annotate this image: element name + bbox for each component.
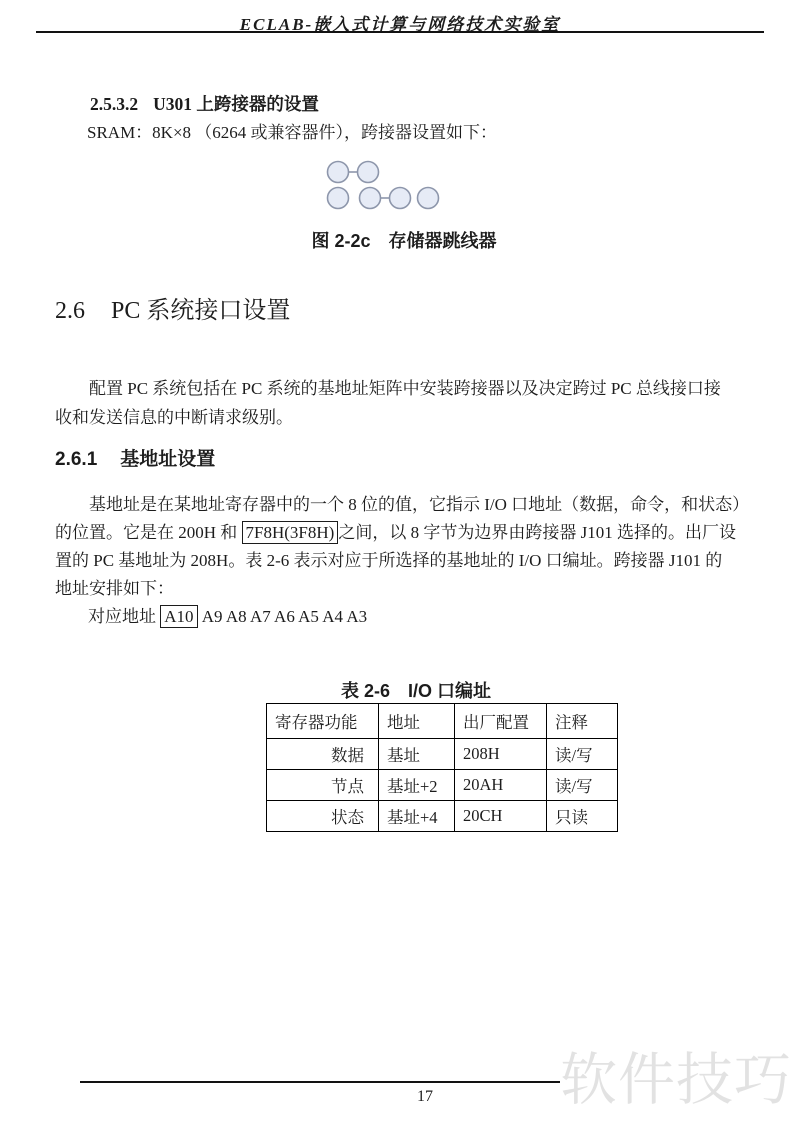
paragraph-line: 置的 PC 基地址为 208H。表 2-6 表示对应于所选择的基地址的 I/O … [55, 547, 761, 575]
paragraph-pc-config: 配置 PC 系统包括在 PC 系统的基地址矩阵中安装跨接器以及决定跨过 PC 总… [55, 374, 759, 432]
table-title: 表 2-6 I/O 口编址 [266, 677, 566, 703]
document-page: ECLAB-嵌入式计算与网络技术实验室 2.5.3.2U301 上跨接器的设置 … [0, 0, 800, 1130]
section-heading-261: 2.6.1基地址设置 [55, 444, 215, 471]
section-title: 基地址设置 [120, 449, 215, 470]
text-run: 对应地址 [88, 607, 160, 626]
table-cell: 读/写 [547, 770, 618, 801]
text-run: A9 A8 A7 A6 A5 A4 A3 [198, 607, 368, 626]
table-header-row: 寄存器功能 地址 出厂配置 注释 [267, 704, 618, 739]
watermark: 软件技巧 [560, 1034, 792, 1116]
footer-rule [80, 1081, 560, 1083]
jumper-pad [328, 162, 349, 183]
table-cell: 数据 [267, 739, 379, 770]
section-heading-26: 2.6PC 系统接口设置 [55, 290, 290, 325]
section-heading-2532: 2.5.3.2U301 上跨接器的设置 [90, 91, 319, 116]
section-number: 2.6 [55, 298, 85, 324]
section-title: U301 上跨接器的设置 [153, 94, 319, 114]
table-cell: 基址 [379, 739, 455, 770]
table-header-cell: 寄存器功能 [267, 704, 379, 739]
section-title: PC 系统接口设置 [111, 298, 290, 324]
jumper-pad [418, 188, 439, 209]
io-address-table: 寄存器功能 地址 出厂配置 注释 数据 基址 208H 读/写 节点 基址+2 … [266, 703, 618, 832]
table-cell: 基址+4 [379, 801, 455, 832]
jumper-pad [358, 162, 379, 183]
section-number: 2.5.3.2 [90, 94, 138, 114]
paragraph-line: 配置 PC 系统包括在 PC 系统的基地址矩阵中安装跨接器以及决定跨过 PC 总… [55, 374, 759, 403]
header-rule [36, 31, 764, 33]
paragraph-line: 收和发送信息的中断请求级别。 [55, 403, 759, 432]
text-run: 的位置。它是在 200H 和 [55, 523, 242, 542]
table-header-cell: 出厂配置 [455, 704, 547, 739]
table-cell: 208H [455, 739, 547, 770]
jumper-diagram [324, 158, 446, 212]
jumper-pad [360, 188, 381, 209]
table-row: 节点 基址+2 20AH 读/写 [267, 770, 618, 801]
table-cell: 基址+2 [379, 770, 455, 801]
boxed-value-a10: A10 [160, 605, 197, 628]
figure-caption: 图 2-2c 存储器跳线器 [0, 227, 800, 253]
paragraph-line: 的位置。它是在 200H 和 7F8H(3F8H)之间，以 8 字节为边界由跨接… [55, 519, 761, 547]
address-mapping-line: 对应地址 A10 A9 A8 A7 A6 A5 A4 A3 [88, 602, 367, 628]
paragraph-line: 基地址是在某地址寄存器中的一个 8 位的值，它指示 I/O 口地址（数据，命令，… [55, 491, 761, 519]
table-header-cell: 地址 [379, 704, 455, 739]
table-row: 数据 基址 208H 读/写 [267, 739, 618, 770]
table-cell: 20AH [455, 770, 547, 801]
paragraph-line: 地址安排如下： [55, 575, 761, 603]
table-cell: 只读 [547, 801, 618, 832]
table-row: 状态 基址+4 20CH 只读 [267, 801, 618, 832]
sram-description: SRAM：8K×8 （6264 或兼容器件），跨接器设置如下： [87, 118, 497, 143]
table-cell: 节点 [267, 770, 379, 801]
boxed-value-7f8h: 7F8H(3F8H) [242, 521, 339, 544]
text-run: 之间，以 8 字节为边界由跨接器 J101 选择的。出厂设 [338, 523, 736, 542]
table-cell: 20CH [455, 801, 547, 832]
table-header-cell: 注释 [547, 704, 618, 739]
section-number: 2.6.1 [55, 449, 97, 470]
jumper-pad [390, 188, 411, 209]
paragraph-base-address: 基地址是在某地址寄存器中的一个 8 位的值，它指示 I/O 口地址（数据，命令，… [55, 491, 761, 603]
table-cell: 状态 [267, 801, 379, 832]
table-cell: 读/写 [547, 739, 618, 770]
jumper-pad [328, 188, 349, 209]
page-number: 17 [375, 1088, 475, 1106]
